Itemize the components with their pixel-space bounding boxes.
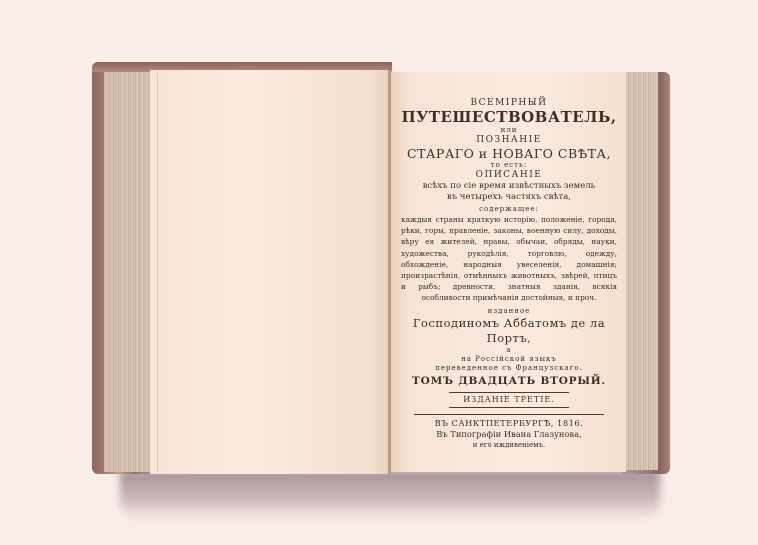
- imprint-expense: и его иждивеніемъ.: [398, 440, 620, 451]
- imprint-printer: Въ Типографіи Ивана Глазунова,: [398, 429, 620, 440]
- desc-line-2: въ четырехъ частяхъ свѣта,: [398, 192, 620, 203]
- edition-rule-bottom: [449, 407, 569, 408]
- title-poznanie: ПОЗНАНІЕ: [398, 135, 620, 146]
- conjunction-a: а: [398, 346, 620, 355]
- title-opisanie: ОПИСАНІЕ: [398, 170, 620, 181]
- book-shadow: [120, 470, 660, 520]
- page-edges-left: [104, 72, 152, 472]
- contents-paragraph: каждыя страны краткую исторію, положеніе…: [398, 214, 620, 304]
- blank-left-page: [150, 70, 390, 474]
- desc-line-1: всѣхъ по сіе время извѣстныхъ земель: [398, 181, 620, 192]
- title-page-text: ВСЕМІРНЫЙ ПУТЕШЕСТВОВАТЕЛЬ, или ПОЗНАНІЕ…: [398, 98, 620, 451]
- page-edges-right: [624, 72, 658, 470]
- author-line: Господиномъ Аббатомъ де ла Портъ,: [398, 316, 620, 346]
- soderzhashchee: содержащее:: [398, 205, 620, 214]
- title-old-new-world: СТАРАГО и НОВАГО СВѢТА,: [398, 146, 620, 161]
- book-photo-scene: ВСЕМІРНЫЙ ПУТЕШЕСТВОВАТЕЛЬ, или ПОЗНАНІЕ…: [0, 0, 758, 545]
- title-to-est: то есть:: [398, 161, 620, 170]
- edition-line: ИЗДАНІЕ ТРЕТІЕ.: [398, 393, 620, 407]
- title-or: или: [398, 126, 620, 135]
- izdannoe: изданное: [398, 307, 620, 316]
- translated-line-2: переведенное съ Французскаго.: [398, 364, 620, 373]
- volume-line: ТОМЪ ДВАДЦАТЬ ВТОРЫЙ.: [398, 375, 620, 388]
- translated-line-1: на Россійской языкъ: [398, 355, 620, 364]
- left-page-fold-line: [157, 72, 158, 472]
- book-gutter: [388, 70, 391, 474]
- imprint-rule: [414, 414, 604, 416]
- imprint-city-year: ВЪ САНКТПЕТЕРБУРГѢ, 1816.: [398, 418, 620, 429]
- main-title: ПУТЕШЕСТВОВАТЕЛЬ,: [398, 109, 620, 126]
